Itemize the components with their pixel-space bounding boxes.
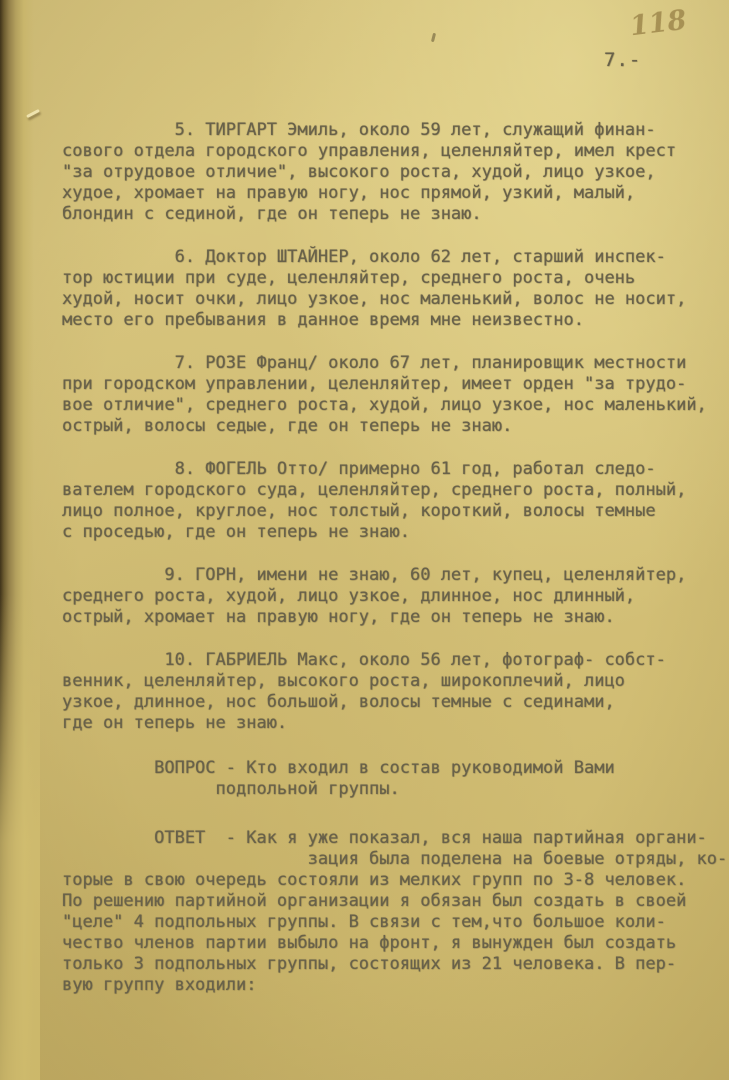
question-block: ВОПРОС - Кто входил в состав руководимой… — [62, 758, 724, 800]
entry-7: 7. РОЗЕ Франц/ около 67 лет, планировщик… — [62, 353, 724, 437]
handwritten-archive-number: 118 — [628, 5, 688, 43]
answer-block: ОТВЕТ - Как я уже показал, вся наша парт… — [62, 828, 724, 996]
page-left-edge-fade — [0, 0, 40, 1080]
document-body: 5. ТИРГАРТ Эмиль, около 59 лет, служащий… — [62, 120, 724, 1018]
scanned-document-page: 118 7.- 5. ТИРГАРТ Эмиль, около 59 лет, … — [0, 0, 729, 1080]
paper-speck — [431, 33, 436, 42]
entry-8: 8. ФОГЕЛЬ Отто/ примерно 61 год, работал… — [62, 459, 724, 543]
entry-9: 9. ГОРН, имени не знаю, 60 лет, купец, ц… — [62, 565, 724, 628]
page-number: 7.- — [604, 50, 641, 71]
entry-10: 10. ГАБРИЕЛЬ Макс, около 56 лет, фотогра… — [62, 650, 724, 734]
entry-6: 6. Доктор ШТАЙНЕР, около 62 лет, старший… — [62, 247, 724, 331]
entry-5: 5. ТИРГАРТ Эмиль, около 59 лет, служащий… — [62, 120, 724, 225]
